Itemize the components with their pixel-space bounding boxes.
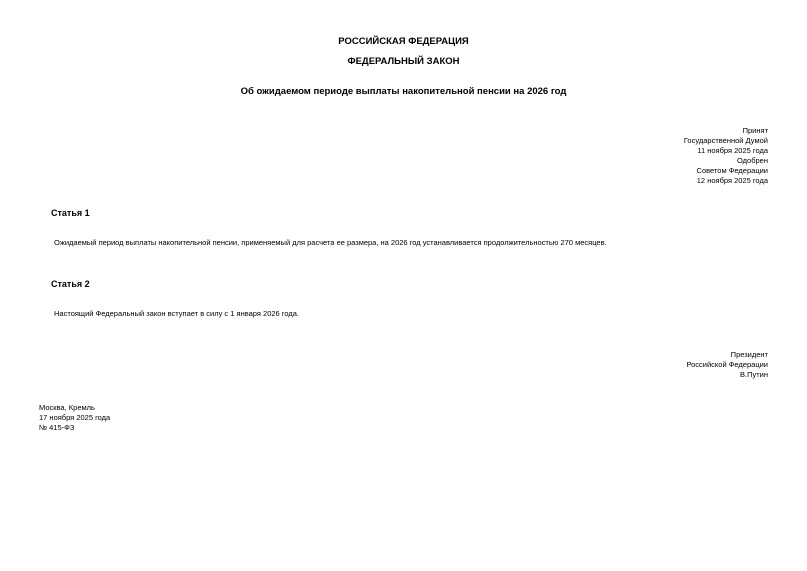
article-1-title: Статья 1 — [51, 208, 90, 218]
adoption-line: Принят — [684, 126, 768, 136]
law-title: Об ожидаемом периоде выплаты накопительн… — [0, 86, 807, 97]
place-date-block: Москва, Кремль 17 ноября 2025 года № 415… — [39, 403, 110, 433]
adoption-line: Государственной Думой — [684, 136, 768, 146]
signature-block: Президент Российской Федерации В.Путин — [686, 350, 768, 380]
signature-line: В.Путин — [686, 370, 768, 380]
signature-line: Российской Федерации — [686, 360, 768, 370]
date-line: 17 ноября 2025 года — [39, 413, 110, 423]
article-2-title: Статья 2 — [51, 279, 90, 289]
article-1-text: Ожидаемый период выплаты накопительной п… — [54, 238, 607, 247]
adoption-line: Одобрен — [684, 156, 768, 166]
law-number: № 415-ФЗ — [39, 423, 110, 433]
adoption-line: Советом Федерации — [684, 166, 768, 176]
place-line: Москва, Кремль — [39, 403, 110, 413]
signature-line: Президент — [686, 350, 768, 360]
adoption-line: 11 ноября 2025 года — [684, 146, 768, 156]
doc-type-heading: ФЕДЕРАЛЬНЫЙ ЗАКОН — [0, 56, 807, 67]
adoption-block: Принят Государственной Думой 11 ноября 2… — [684, 126, 768, 186]
article-2-text: Настоящий Федеральный закон вступает в с… — [54, 309, 299, 318]
adoption-line: 12 ноября 2025 года — [684, 176, 768, 186]
country-heading: РОССИЙСКАЯ ФЕДЕРАЦИЯ — [0, 36, 807, 47]
